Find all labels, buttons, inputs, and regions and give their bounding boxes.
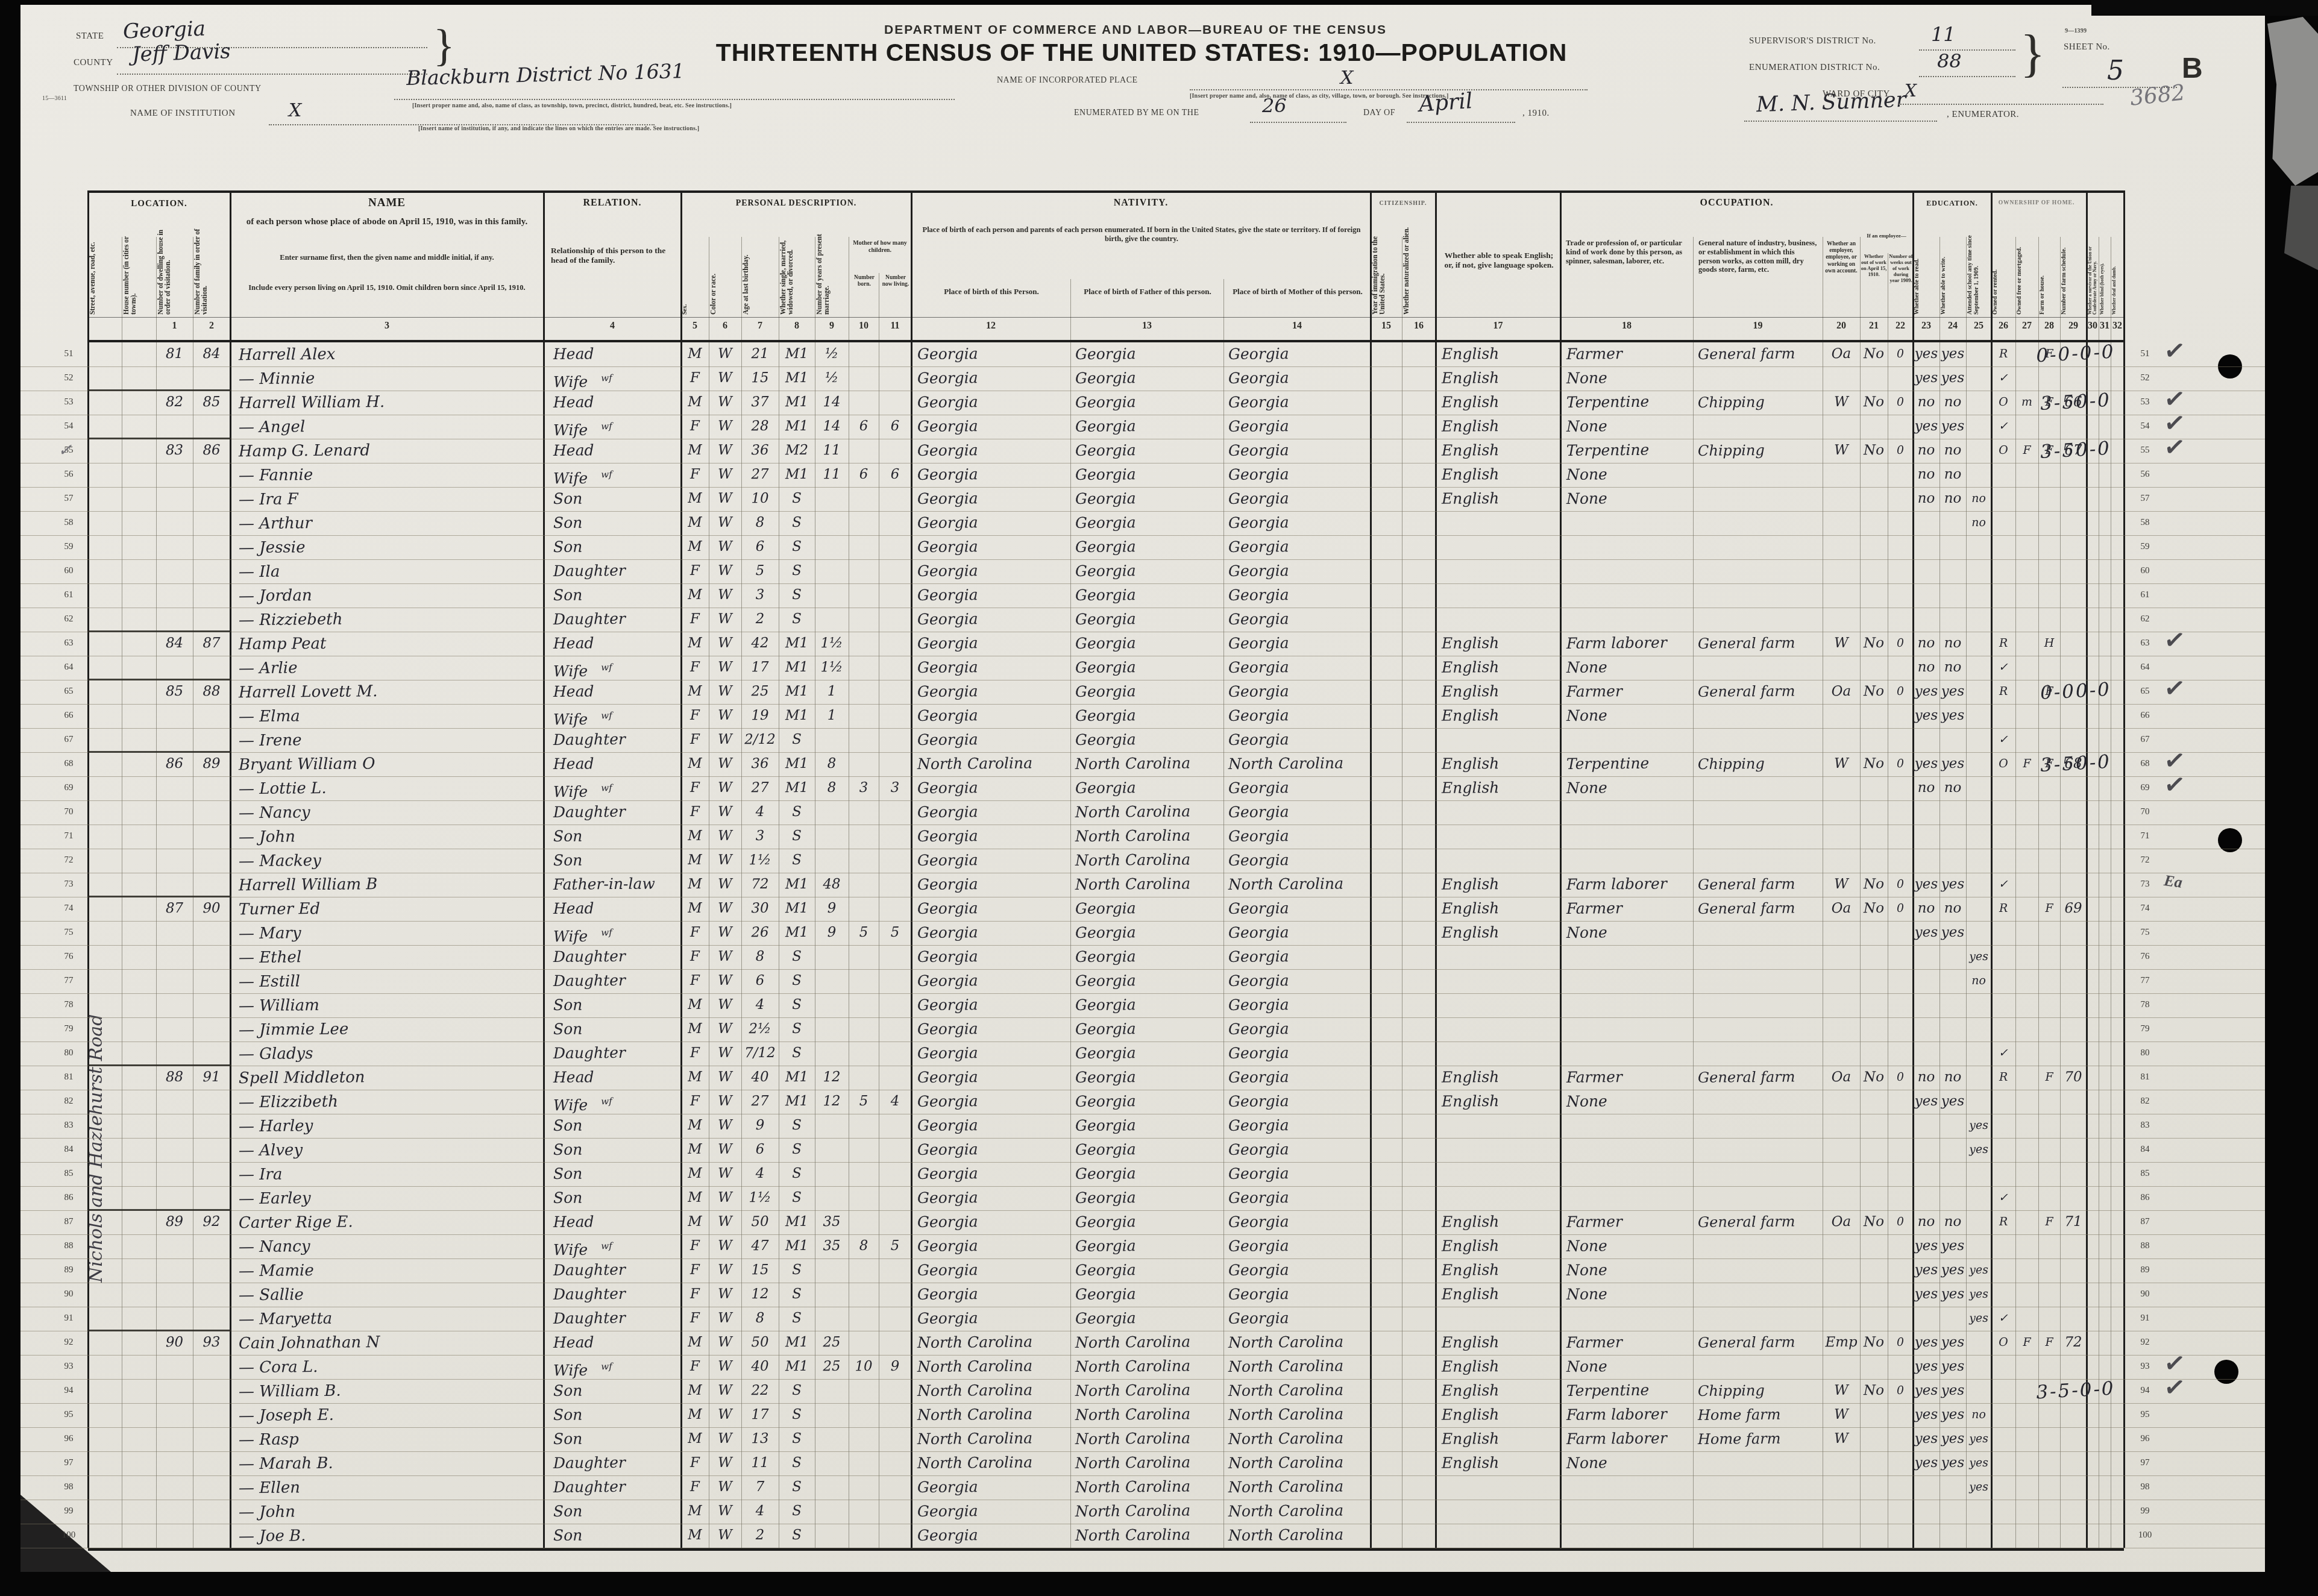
column-number: 17 xyxy=(1436,321,1560,331)
cell-age: 27 xyxy=(741,1090,779,1114)
cell-sch: yes xyxy=(1966,1283,1991,1307)
cell-rd: no xyxy=(1913,391,1940,415)
cell-s: M xyxy=(681,1186,709,1210)
cell-fam: 87 xyxy=(193,632,230,656)
cell-s: F xyxy=(681,969,709,993)
line-number-left: 75 xyxy=(54,921,84,945)
cell-p3: Georgia xyxy=(1223,390,1375,415)
cell-age: 6 xyxy=(741,1138,779,1163)
table-row: 9999— JohnSonMW4SGeorgiaNorth CarolinaNo… xyxy=(20,1500,2265,1524)
cell-ym: 14 xyxy=(815,415,849,439)
line-number-right: 80 xyxy=(2128,1041,2163,1066)
cell-p1: North Carolina xyxy=(911,1427,1076,1452)
cell-p2: Georgia xyxy=(1070,583,1228,608)
cell-p3: North Carolina xyxy=(1223,1354,1375,1380)
cell-p2: Georgia xyxy=(1070,1258,1228,1283)
cell-p2: North Carolina xyxy=(1070,1354,1228,1380)
cell-p1: Georgia xyxy=(911,631,1076,656)
line-number-right: 99 xyxy=(2128,1500,2163,1524)
cell-o26: R xyxy=(1991,897,2015,921)
cell-p1: Georgia xyxy=(911,1523,1076,1548)
table-row: 9494— William B.SonMW22SNorth CarolinaNo… xyxy=(20,1379,2265,1404)
section-occupation: OCCUPATION. xyxy=(1560,198,1913,209)
table-row: 68688689Bryant William OHeadMW36M18North… xyxy=(20,752,2265,777)
section-citizenship: CITIZENSHIP. xyxy=(1371,200,1436,207)
col12-header: Place of birth of this Person. xyxy=(917,287,1066,296)
cell-s: F xyxy=(681,1355,709,1379)
cell-p2: North Carolina xyxy=(1070,752,1228,777)
cell-p2: North Carolina xyxy=(1070,824,1228,849)
cell-name: — Elizzibeth xyxy=(230,1089,552,1116)
cell-rel: Head xyxy=(544,896,691,922)
cell-ind: General farm xyxy=(1693,896,1827,922)
column-number: 23 xyxy=(1913,321,1940,331)
relation-note: wf xyxy=(601,662,612,673)
cell-o26: O xyxy=(1991,752,2015,776)
enumerator-label: , ENUMERATOR. xyxy=(1947,110,2019,120)
section-ownership: OWNERSHIP OF HOME. xyxy=(1987,200,2087,206)
cell-eng: English xyxy=(1436,679,1566,705)
incorporated-line xyxy=(1190,89,1588,90)
cell-rd: yes xyxy=(1913,1090,1940,1114)
cell-name: — Angel xyxy=(230,413,552,441)
line-number-left: 80 xyxy=(54,1041,84,1066)
name-header-line1: of each person whose place of abode on A… xyxy=(237,217,536,228)
cell-wr: yes xyxy=(1940,873,1966,897)
cell-ym: 9 xyxy=(815,921,849,945)
cell-rd: no xyxy=(1913,463,1940,487)
cell-m: S xyxy=(779,559,815,584)
cell-m: M1 xyxy=(779,391,815,415)
cell-p2: Georgia xyxy=(1070,703,1228,729)
cell-p2: Georgia xyxy=(1070,993,1228,1018)
cell-m: S xyxy=(779,1283,815,1307)
line-number-right: 76 xyxy=(2128,945,2163,969)
cell-ym: 1 xyxy=(815,704,849,728)
cell-rd: no xyxy=(1913,776,1940,800)
line-number-left: 85 xyxy=(54,1162,84,1186)
cell-ow: No xyxy=(1860,873,1888,897)
cell-wr: yes xyxy=(1940,680,1966,704)
cell-p3: Georgia xyxy=(1223,944,1375,970)
line-number-left: 81 xyxy=(54,1066,84,1090)
line-number-right: 75 xyxy=(2128,921,2163,945)
cell-dw: 85 xyxy=(156,680,193,705)
column-label-29: Number of farm schedule. xyxy=(2061,227,2085,315)
cell-s: F xyxy=(681,1090,709,1114)
cell-p3: North Carolina xyxy=(1223,1451,1375,1476)
cell-m: S xyxy=(779,487,815,512)
cell-p2: Georgia xyxy=(1070,727,1228,753)
cell-m: S xyxy=(779,535,815,560)
cell-ow: No xyxy=(1860,439,1888,463)
line-number-left: 69 xyxy=(54,776,84,800)
cell-o26: O xyxy=(1991,1331,2015,1355)
cell-occ: Terpentine xyxy=(1560,438,1699,463)
cell-p3: Georgia xyxy=(1223,583,1375,608)
supervisor-value: 11 xyxy=(1931,23,1956,46)
column-number: 13 xyxy=(1070,321,1223,331)
cell-p1: Georgia xyxy=(911,727,1076,753)
month-line xyxy=(1407,122,1515,123)
line-number-right: 88 xyxy=(2128,1234,2163,1258)
cell-s: F xyxy=(681,463,709,487)
cell-ind: General farm xyxy=(1693,631,1827,656)
cell-ind: General farm xyxy=(1693,679,1827,705)
cell-age: 4 xyxy=(741,1162,779,1187)
cell-occ: Terpentine xyxy=(1560,390,1699,415)
cell-occ: Farmer xyxy=(1560,679,1699,705)
cell-c: W xyxy=(709,415,741,439)
line-number-right: 89 xyxy=(2128,1258,2163,1283)
cell-age: 27 xyxy=(741,463,779,488)
cell-wk: 0 xyxy=(1888,1379,1913,1403)
cell-p3: Georgia xyxy=(1223,535,1375,560)
cell-occ: Farm laborer xyxy=(1560,872,1699,897)
cell-p3: Georgia xyxy=(1223,1017,1375,1042)
cell-c: W xyxy=(709,1162,741,1186)
cell-eng: English xyxy=(1436,655,1566,680)
cell-age: 36 xyxy=(741,752,779,777)
cell-m: S xyxy=(779,1427,815,1452)
line-number-left: 93 xyxy=(54,1355,84,1379)
column-number: 18 xyxy=(1560,321,1693,331)
cell-c: W xyxy=(709,1234,741,1258)
line-number-right: 85 xyxy=(2128,1162,2163,1186)
section-location: LOCATION. xyxy=(88,199,230,209)
cell-name: — Ila xyxy=(230,558,552,585)
cell-c: W xyxy=(709,632,741,656)
line-number-left: 90 xyxy=(54,1283,84,1307)
cell-p3: North Carolina xyxy=(1223,1330,1375,1356)
cell-rel: Wifewf xyxy=(544,366,691,391)
cell-rd: no xyxy=(1913,1210,1940,1234)
line-number-right: 84 xyxy=(2128,1138,2163,1162)
cell-age: 4 xyxy=(741,993,779,1018)
cell-p1: Georgia xyxy=(911,896,1076,922)
cell-m: S xyxy=(779,608,815,632)
enum-district-line xyxy=(1919,76,2015,77)
cell-o26: ✓ xyxy=(1991,1041,2015,1066)
cell-p3: Georgia xyxy=(1223,462,1375,488)
column-number: 24 xyxy=(1940,321,1966,331)
cell-p2: Georgia xyxy=(1070,1041,1228,1066)
cell-rel: Son xyxy=(544,1113,691,1139)
cell-ow: No xyxy=(1860,1331,1888,1355)
cell-age: 17 xyxy=(741,656,779,680)
cell-c: W xyxy=(709,800,741,825)
line-number-left: 61 xyxy=(54,583,84,608)
cell-wr: yes xyxy=(1940,921,1966,945)
column-number: 27 xyxy=(2015,321,2038,331)
column-number: 15 xyxy=(1371,321,1402,331)
cell-occ: Farm laborer xyxy=(1560,1427,1699,1452)
cell-cb: 6 xyxy=(849,415,879,439)
right-annotation: 3-50-0 xyxy=(2027,750,2125,779)
cell-m: S xyxy=(779,1403,815,1428)
cell-c: W xyxy=(709,656,741,680)
cell-p1: Georgia xyxy=(911,848,1076,873)
cell-p2: Georgia xyxy=(1070,414,1228,439)
cell-p2: Georgia xyxy=(1070,1282,1228,1307)
cell-ym: 25 xyxy=(815,1355,849,1379)
cell-m: M1 xyxy=(779,415,815,439)
cell-ind: Chipping xyxy=(1693,1378,1827,1404)
cell-name: — Fannie xyxy=(230,462,552,489)
line-number-right: 73 xyxy=(2128,873,2163,897)
cell-rel: Son xyxy=(544,583,691,608)
cell-s: F xyxy=(681,608,709,632)
right-annotation: 3-50-0 xyxy=(2027,436,2125,465)
line-number-right: 90 xyxy=(2128,1283,2163,1307)
cell-p3: Georgia xyxy=(1223,486,1375,512)
cell-age: 2 xyxy=(741,608,779,632)
cell-age: 72 xyxy=(741,873,779,897)
line-number-right: 64 xyxy=(2128,656,2163,680)
line-number-left: 77 xyxy=(54,969,84,993)
cell-wr: no xyxy=(1940,776,1966,800)
table-row: 9191— MaryettaDaughterFW8SGeorgiaGeorgia… xyxy=(20,1307,2265,1331)
cell-age: 2 xyxy=(741,1524,779,1548)
line-number-left: 66 xyxy=(54,704,84,728)
cell-m: M1 xyxy=(779,1355,815,1380)
table-row: 5858— ArthurSonMW8SGeorgiaGeorgiaGeorgia… xyxy=(20,511,2265,536)
cell-ym: 12 xyxy=(815,1066,849,1090)
cell-name: — John xyxy=(230,823,552,850)
cell-p3: Georgia xyxy=(1223,1041,1375,1066)
cell-age: 6 xyxy=(741,969,779,994)
cell-cls: Oa xyxy=(1823,680,1860,705)
relation-note: wf xyxy=(601,782,612,793)
cell-p2: Georgia xyxy=(1070,1017,1228,1042)
column-number: 32 xyxy=(2111,321,2124,331)
column-label-8: Whether single, married, widowed, or div… xyxy=(780,227,814,315)
cell-occ: None xyxy=(1560,920,1699,946)
cell-name: — Lottie L. xyxy=(230,775,552,802)
line-number-left: 99 xyxy=(54,1500,84,1524)
cell-wr: yes xyxy=(1940,1283,1966,1307)
relation-note: wf xyxy=(601,1240,612,1251)
column-label-16: Whether naturalized or alien. xyxy=(1403,227,1434,315)
cell-rel: Head xyxy=(544,631,691,656)
line-number-right: 96 xyxy=(2128,1427,2163,1451)
cell-age: 17 xyxy=(741,1403,779,1428)
cell-wk: 0 xyxy=(1888,1210,1913,1234)
cell-p1: Georgia xyxy=(911,1089,1076,1114)
cell-name: — Joe B. xyxy=(230,1522,552,1550)
cell-p3: Georgia xyxy=(1223,679,1375,705)
cell-m: M1 xyxy=(779,366,815,391)
line-number-right: 59 xyxy=(2128,535,2163,559)
cell-p3: Georgia xyxy=(1223,776,1375,801)
col14-header: Place of birth of Mother of this person. xyxy=(1230,287,1366,296)
cell-m: M1 xyxy=(779,1331,815,1356)
table-row: 5757— Ira FSonMW10SGeorgiaGeorgiaGeorgia… xyxy=(20,487,2265,512)
cell-eng: English xyxy=(1436,1354,1566,1380)
county-value: Jeff Davis xyxy=(131,39,231,67)
cell-c: W xyxy=(709,1186,741,1210)
cell-wr: no xyxy=(1940,1210,1966,1234)
cell-rel: Wifewf xyxy=(544,776,691,801)
cell-s: M xyxy=(681,1500,709,1524)
cell-p2: North Carolina xyxy=(1070,1403,1228,1428)
column-number: 2 xyxy=(193,321,230,331)
cell-s: F xyxy=(681,921,709,945)
cell-s: M xyxy=(681,1066,709,1090)
cell-p1: Georgia xyxy=(911,462,1076,488)
cell-cls: Emp xyxy=(1823,1331,1860,1356)
cell-cl: 6 xyxy=(879,415,911,439)
column-number: 29 xyxy=(2060,321,2087,331)
column-number: 21 xyxy=(1860,321,1888,331)
cell-p2: Georgia xyxy=(1070,1161,1228,1187)
cell-o26: ✓ xyxy=(1991,728,2015,752)
cell-ind: General farm xyxy=(1693,1210,1827,1235)
cell-dw: 84 xyxy=(156,632,193,656)
census-sheet: 15—3611 STATE Georgia COUNTY Jeff Davis … xyxy=(20,5,2265,1572)
cell-o26: R xyxy=(1991,632,2015,656)
cell-name: Turner Ed xyxy=(230,896,552,923)
cell-m: M1 xyxy=(779,704,815,729)
line-number-right: 68 xyxy=(2128,752,2163,776)
cell-p2: North Carolina xyxy=(1070,800,1228,825)
cell-age: 40 xyxy=(741,1355,779,1380)
cell-rel: Head xyxy=(544,438,691,463)
cell-name: — Estill xyxy=(230,968,552,995)
cell-p1: Georgia xyxy=(911,438,1076,463)
cell-o28: F xyxy=(2038,1066,2060,1090)
line-number-left: 97 xyxy=(54,1451,84,1475)
cell-rel: Father-in-law xyxy=(544,872,691,897)
cell-age: 4 xyxy=(741,800,779,825)
table-row: 5959— JessieSonMW6SGeorgiaGeorgiaGeorgia xyxy=(20,535,2265,560)
table-row: 74748790Turner EdHeadMW30M19GeorgiaGeorg… xyxy=(20,897,2265,922)
line-number-left: 88 xyxy=(54,1234,84,1258)
line-number-left: 96 xyxy=(54,1427,84,1451)
relation-note: wf xyxy=(601,1361,612,1372)
cell-p3: North Carolina xyxy=(1223,1403,1375,1428)
cell-p2: Georgia xyxy=(1070,438,1228,463)
cell-p1: Georgia xyxy=(911,414,1076,439)
column-label-5: Sex. xyxy=(682,227,708,315)
cell-eng: English xyxy=(1436,776,1566,801)
line-number-left: 64 xyxy=(54,656,84,680)
cell-p3: North Carolina xyxy=(1223,1523,1375,1548)
cell-p1: Georgia xyxy=(911,583,1076,608)
cell-rd: yes xyxy=(1913,1355,1940,1379)
cell-rel: Head xyxy=(544,1065,691,1090)
line-number-right: 72 xyxy=(2128,849,2163,873)
cell-m: S xyxy=(779,1017,815,1042)
census-scan: 15—3611 STATE Georgia COUNTY Jeff Davis … xyxy=(0,0,2318,1596)
cell-wr: no xyxy=(1940,632,1966,656)
cell-ind: General farm xyxy=(1693,1065,1827,1090)
cell-sch: yes xyxy=(1966,1427,1991,1451)
cell-eng: English xyxy=(1436,1234,1566,1259)
cell-o26: O xyxy=(1991,391,2015,415)
cell-s: M xyxy=(681,849,709,873)
cell-age: 7 xyxy=(741,1475,779,1500)
cell-m: M1 xyxy=(779,632,815,656)
line-number-right: 79 xyxy=(2128,1017,2163,1041)
cell-p2: Georgia xyxy=(1070,969,1228,994)
cell-name: Hamp Peat xyxy=(230,630,552,658)
cell-ym: 11 xyxy=(815,463,849,487)
cell-wr: no xyxy=(1940,656,1966,680)
margin-checkmark: ✓ xyxy=(2163,773,2220,804)
cell-name: — Nancy xyxy=(230,799,552,826)
cell-rd: yes xyxy=(1913,1331,1940,1355)
cell-c: W xyxy=(709,391,741,415)
cell-c: W xyxy=(709,342,741,366)
form-number-right: 9—1399 xyxy=(2065,28,2087,34)
day-of-label: DAY OF xyxy=(1363,108,1395,118)
cell-c: W xyxy=(709,776,741,800)
cell-sch: no xyxy=(1966,969,1991,993)
table-row: 7676— EthelDaughterFW8SGeorgiaGeorgiaGeo… xyxy=(20,945,2265,970)
cell-occ: None xyxy=(1560,655,1699,680)
table-row: 51518184Harrell AlexHeadMW21M1½GeorgiaGe… xyxy=(20,342,2265,367)
section-nativity: NATIVITY. xyxy=(911,198,1371,209)
cell-age: 36 xyxy=(741,439,779,463)
table-row: 8484— AlveySonMW6SGeorgiaGeorgiaGeorgiay… xyxy=(20,1138,2265,1163)
cell-p3: Georgia xyxy=(1223,1161,1375,1187)
cell-p3: Georgia xyxy=(1223,342,1375,367)
line-number-right: 61 xyxy=(2128,583,2163,608)
cell-o29: 70 xyxy=(2060,1066,2087,1090)
cell-c: W xyxy=(709,1500,741,1524)
column-number: 5 xyxy=(681,321,709,331)
cell-age: 8 xyxy=(741,511,779,536)
cell-cl: 3 xyxy=(879,776,911,800)
cell-s: M xyxy=(681,1403,709,1427)
line-number-left: 63 xyxy=(54,632,84,656)
column-number: 16 xyxy=(1402,321,1436,331)
township-label: TOWNSHIP OR OTHER DIVISION OF COUNTY xyxy=(74,84,262,94)
cell-name: — Cora L. xyxy=(230,1354,552,1381)
ward-value: X xyxy=(1905,81,1917,101)
cell-ow: No xyxy=(1860,342,1888,366)
cell-dw: 87 xyxy=(156,897,193,922)
cell-s: M xyxy=(681,680,709,704)
cell-m: S xyxy=(779,800,815,825)
cell-cls: Oa xyxy=(1823,1210,1860,1235)
cell-s: M xyxy=(681,583,709,608)
cell-o29: 72 xyxy=(2060,1331,2087,1355)
cell-cb: 5 xyxy=(849,921,879,945)
cell-cls: W xyxy=(1823,632,1860,656)
employee-group-header: If an employee— xyxy=(1859,233,1914,239)
line-number-left: 54 xyxy=(54,415,84,439)
table-row: 8282— ElizzibethWifewfFW27M11254GeorgiaG… xyxy=(20,1090,2265,1114)
table-row: 5656— FannieWifewfFW27M11166GeorgiaGeorg… xyxy=(20,463,2265,488)
cell-p3: Georgia xyxy=(1223,414,1375,439)
margin-checkmark: ✓ xyxy=(2163,339,2220,370)
cell-occ: Farm laborer xyxy=(1560,631,1699,656)
cell-rel: Daughter xyxy=(544,1306,691,1331)
cell-p1: Georgia xyxy=(911,920,1076,946)
cell-ym: 35 xyxy=(815,1210,849,1234)
cell-c: W xyxy=(709,366,741,391)
line-number-right: 81 xyxy=(2128,1066,2163,1090)
mother-group-header: Mother of how many children. xyxy=(850,240,910,254)
cell-rd: yes xyxy=(1913,921,1940,945)
cell-eng: English xyxy=(1436,1258,1566,1283)
section-education: EDUCATION. xyxy=(1913,199,1991,208)
line-number-left: 53 xyxy=(54,391,84,415)
cell-s: M xyxy=(681,439,709,463)
cell-eng: English xyxy=(1436,486,1566,512)
